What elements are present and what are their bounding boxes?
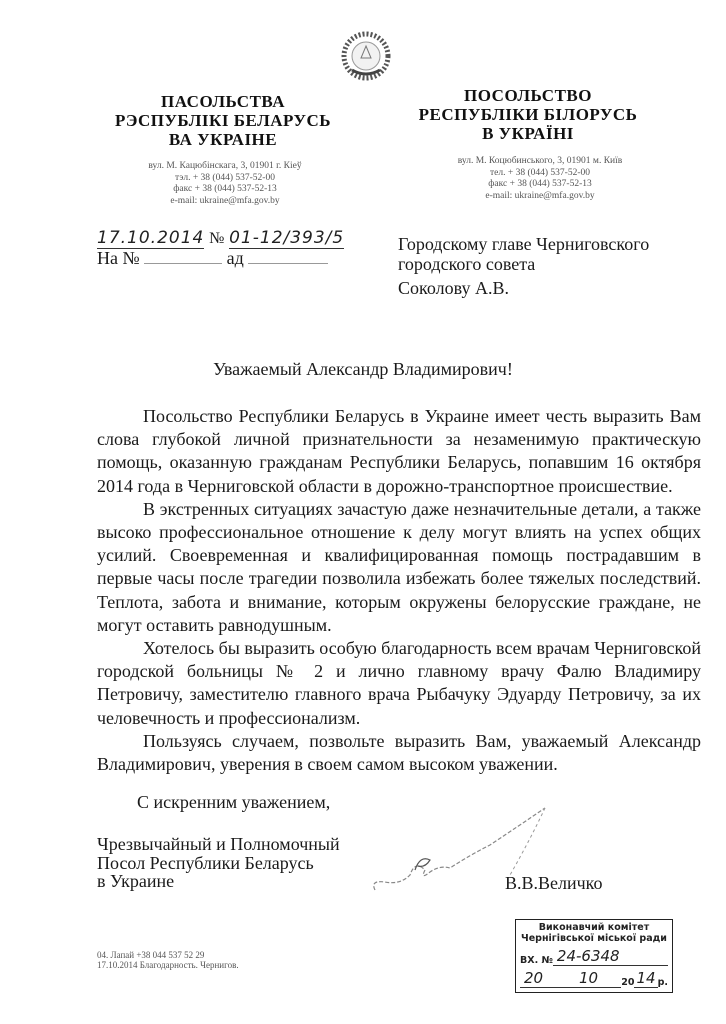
stamp-incoming-number-row: ВХ. № 24-6348 [520, 947, 668, 966]
reply-reference: На № ад [97, 248, 328, 268]
signatory-name: В.В.Величко [505, 873, 603, 894]
reply-number-blank [144, 263, 222, 264]
stamp-in-label: ВХ. № [520, 955, 553, 966]
reply-suffix: ад [227, 248, 244, 268]
stamp-line: Виконавчий комітет [520, 922, 668, 933]
addressee-block: Городскому главе Черниговского городског… [398, 234, 649, 298]
title-line: ПОСОЛЬСТВО [388, 86, 668, 105]
paragraph: В экстренных ситуациях зачастую даже нез… [97, 498, 701, 637]
phone-line: тел. + 38 (044) 537-52-00 [420, 168, 660, 180]
closing-phrase: С искренним уважением, [137, 792, 330, 813]
footer-executor-info: 04. Лапай +38 044 537 52 29 17.10.2014 Б… [97, 950, 239, 970]
stamp-year-prefix: 20 [621, 977, 634, 988]
addressee-line: Городскому главе Черниговского [398, 234, 649, 254]
coat-of-arms-emblem [338, 28, 394, 84]
reply-label: На № [97, 248, 140, 268]
title-line: РЭСПУБЛІКІ БЕЛАРУСЬ [98, 111, 348, 130]
reply-date-blank [248, 263, 328, 264]
signatory-title: Чрезвычайный и Полномочный Посол Республ… [97, 835, 340, 891]
title-line: ВА УКРАІНЕ [98, 130, 348, 149]
embassy-title-belarusian: ПАСОЛЬСТВА РЭСПУБЛІКІ БЕЛАРУСЬ ВА УКРАІН… [98, 92, 348, 149]
title-line: В УКРАЇНІ [388, 124, 668, 143]
stamp-year-unit: р. [658, 977, 668, 988]
handwritten-number: 01-12/393/5 [229, 228, 344, 249]
stamp-in-number: 24-6348 [553, 947, 668, 966]
registration-stamp: Виконавчий комітет Чернігівської міської… [515, 919, 673, 993]
embassy-title-ukrainian: ПОСОЛЬСТВО РЕСПУБЛІКИ БІЛОРУСЬ В УКРАЇНІ [388, 86, 668, 143]
fax-line: факс + 38 (044) 537-52-13 [120, 184, 330, 196]
stamp-year-suffix: 14 [634, 969, 657, 988]
email-line: e-mail: ukraine@mfa.gov.by [120, 196, 330, 208]
handwritten-date: 17.10.2014 [97, 228, 204, 249]
stamp-day: 20 [520, 969, 556, 988]
stamp-month: 10 [556, 969, 622, 988]
paragraph: Пользуясь случаем, позвольте выразить Ва… [97, 730, 701, 776]
signatory-title-line: в Украине [97, 872, 340, 891]
number-label: № [209, 230, 224, 247]
stamp-line: Чернігівської міської ради [520, 933, 668, 944]
outgoing-reference: 17.10.2014 № 01-12/393/5 [97, 228, 344, 249]
signatory-title-line: Посол Республики Беларусь [97, 854, 340, 873]
footer-line: 04. Лапай +38 044 537 52 29 [97, 950, 239, 960]
paragraph: Хотелось бы выразить особую благодарност… [97, 637, 701, 730]
footer-line: 17.10.2014 Благодарность. Чернигов. [97, 960, 239, 970]
salutation: Уважаемый Александр Владимирович! [0, 359, 726, 380]
addressee-name: Соколову А.В. [398, 278, 649, 298]
letter-body: Посольство Республики Беларусь в Украине… [97, 405, 701, 776]
phone-line: тэл. + 38 (044) 537-52-00 [120, 173, 330, 185]
signatory-title-line: Чрезвычайный и Полномочный [97, 835, 340, 854]
stamp-date-row: 20 10 20 14 р. [520, 969, 668, 988]
embassy-address-belarusian: вул. М. Кацюбінскага, 3, 01901 г. Кіеў т… [120, 161, 330, 207]
fax-line: факс + 38 (044) 537-52-13 [420, 179, 660, 191]
addressee-line: городского совета [398, 254, 649, 274]
email-line: e-mail: ukraine@mfa.gov.by [420, 191, 660, 203]
embassy-address-ukrainian: вул. М. Коцюбинського, 3, 01901 м. Київ … [420, 156, 660, 202]
address-line: вул. М. Коцюбинського, 3, 01901 м. Київ [420, 156, 660, 168]
title-line: РЕСПУБЛІКИ БІЛОРУСЬ [388, 105, 668, 124]
paragraph: Посольство Республики Беларусь в Украине… [97, 405, 701, 498]
title-line: ПАСОЛЬСТВА [98, 92, 348, 111]
address-line: вул. М. Кацюбінскага, 3, 01901 г. Кіеў [120, 161, 330, 173]
